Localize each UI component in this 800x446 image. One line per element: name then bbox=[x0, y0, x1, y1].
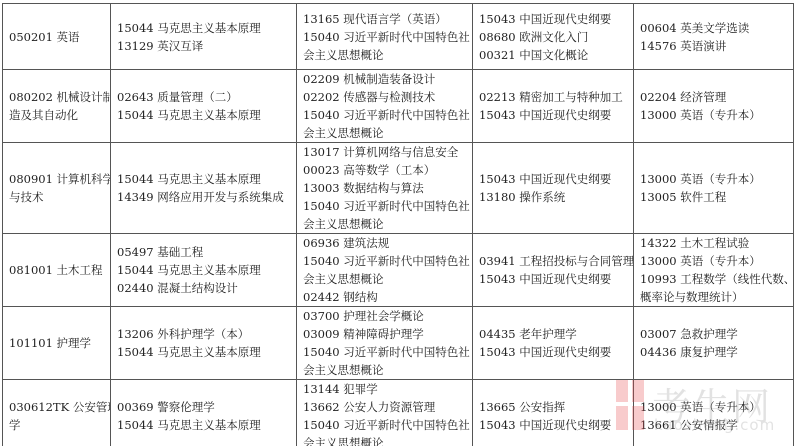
table-row: 030612TK 公安管理 学 00369 警察伦理学 15044 马克思主义基… bbox=[3, 380, 794, 446]
course-item: 13000 英语（专升本） bbox=[640, 252, 787, 270]
course-item: 02209 机械制造装备设计 bbox=[303, 70, 466, 88]
course-item: 14576 英语演讲 bbox=[640, 37, 787, 55]
course-item: 15044 马克思主义基本原理 bbox=[117, 416, 290, 434]
course-item: 13206 外科护理学（本） bbox=[117, 325, 290, 343]
course-item: 会主义思想概论 bbox=[303, 46, 466, 64]
course-cell: 02213 精密加工与特种加工 15043 中国近现代史纲要 bbox=[473, 70, 634, 143]
course-item: 13005 软件工程 bbox=[640, 188, 787, 206]
course-item: 00369 警察伦理学 bbox=[117, 398, 290, 416]
table-body: 050201 英语 15044 马克思主义基本原理 13129 英汉互译 131… bbox=[3, 4, 794, 446]
major-cell: 101101 护理学 bbox=[3, 307, 111, 380]
course-item: 15044 马克思主义基本原理 bbox=[117, 170, 290, 188]
table-row: 080901 计算机科学 与技术 15044 马克思主义基本原理 14349 网… bbox=[3, 143, 794, 234]
course-item: 15044 马克思主义基本原理 bbox=[117, 261, 290, 279]
major-name: 050201 英语 bbox=[9, 28, 104, 46]
course-item: 13165 现代语言学（英语） bbox=[303, 10, 466, 28]
course-item: 13129 英汉互译 bbox=[117, 37, 290, 55]
table-row: 081001 土木工程 05497 基础工程 15044 马克思主义基本原理 0… bbox=[3, 234, 794, 307]
course-cell: 00604 英美文学选读 14576 英语演讲 bbox=[634, 4, 794, 70]
course-cell: 05497 基础工程 15044 马克思主义基本原理 02440 混凝土结构设计 bbox=[111, 234, 297, 307]
course-cell: 03007 急救护理学 04436 康复护理学 bbox=[634, 307, 794, 380]
course-cell: 15043 中国近现代史纲要 08680 欧洲文化入门 00321 中国文化概论 bbox=[473, 4, 634, 70]
major-name: 081001 土木工程 bbox=[9, 261, 104, 279]
course-item: 15043 中国近现代史纲要 bbox=[479, 170, 627, 188]
course-item: 15044 马克思主义基本原理 bbox=[117, 343, 290, 361]
course-item: 会主义思想概论 bbox=[303, 124, 466, 142]
table-row: 080202 机械设计制 造及其自动化 02643 质量管理（二） 15044 … bbox=[3, 70, 794, 143]
course-item: 03007 急救护理学 bbox=[640, 325, 787, 343]
course-item: 15043 中国近现代史纲要 bbox=[479, 270, 627, 288]
course-item: 13000 英语（专升本） bbox=[640, 398, 787, 416]
course-item: 02643 质量管理（二） bbox=[117, 88, 290, 106]
course-cell: 15044 马克思主义基本原理 13129 英汉互译 bbox=[111, 4, 297, 70]
course-cell: 06936 建筑法规 15040 习近平新时代中国特色社 会主义思想概论 024… bbox=[297, 234, 473, 307]
course-cell: 13165 现代语言学（英语） 15040 习近平新时代中国特色社 会主义思想概… bbox=[297, 4, 473, 70]
course-cell: 13000 英语（专升本） 13005 软件工程 bbox=[634, 143, 794, 234]
major-cell: 080202 机械设计制 造及其自动化 bbox=[3, 70, 111, 143]
course-cell: 13000 英语（专升本） 13661 公安情报学 bbox=[634, 380, 794, 446]
course-cell: 03700 护理社会学概论 03009 精神障碍护理学 15040 习近平新时代… bbox=[297, 307, 473, 380]
major-name: 造及其自动化 bbox=[9, 106, 104, 124]
table-row: 050201 英语 15044 马克思主义基本原理 13129 英汉互译 131… bbox=[3, 4, 794, 70]
course-item: 04435 老年护理学 bbox=[479, 325, 627, 343]
course-item: 14322 土木工程试验 bbox=[640, 234, 787, 252]
major-cell: 081001 土木工程 bbox=[3, 234, 111, 307]
course-item: 10993 工程数学（线性代数、 bbox=[640, 270, 787, 288]
course-item: 15040 习近平新时代中国特色社 bbox=[303, 197, 466, 215]
course-item: 概率论与数理统计） bbox=[640, 288, 787, 306]
course-cell: 03941 工程招投标与合同管理 15043 中国近现代史纲要 bbox=[473, 234, 634, 307]
table-row: 101101 护理学 13206 外科护理学（本） 15044 马克思主义基本原… bbox=[3, 307, 794, 380]
course-item: 03009 精神障碍护理学 bbox=[303, 325, 466, 343]
course-cell: 13206 外科护理学（本） 15044 马克思主义基本原理 bbox=[111, 307, 297, 380]
course-item: 02442 钢结构 bbox=[303, 288, 466, 306]
course-item: 03941 工程招投标与合同管理 bbox=[479, 252, 627, 270]
course-item: 00023 高等数学（工本） bbox=[303, 161, 466, 179]
course-item: 13003 数据结构与算法 bbox=[303, 179, 466, 197]
major-name: 与技术 bbox=[9, 188, 104, 206]
course-cell: 02209 机械制造装备设计 02202 传感器与检测技术 15040 习近平新… bbox=[297, 70, 473, 143]
course-item: 13665 公安指挥 bbox=[479, 398, 627, 416]
course-item: 13017 计算机网络与信息安全 bbox=[303, 143, 466, 161]
course-item: 15044 马克思主义基本原理 bbox=[117, 106, 290, 124]
course-table-container: 050201 英语 15044 马克思主义基本原理 13129 英汉互译 131… bbox=[2, 3, 793, 446]
major-cell: 080901 计算机科学 与技术 bbox=[3, 143, 111, 234]
course-cell: 14322 土木工程试验 13000 英语（专升本） 10993 工程数学（线性… bbox=[634, 234, 794, 307]
course-item: 02440 混凝土结构设计 bbox=[117, 279, 290, 297]
course-item: 15040 习近平新时代中国特色社 bbox=[303, 252, 466, 270]
course-item: 03700 护理社会学概论 bbox=[303, 307, 466, 325]
course-item: 00604 英美文学选读 bbox=[640, 19, 787, 37]
course-cell: 02643 质量管理（二） 15044 马克思主义基本原理 bbox=[111, 70, 297, 143]
course-item: 15043 中国近现代史纲要 bbox=[479, 343, 627, 361]
course-item: 04436 康复护理学 bbox=[640, 343, 787, 361]
course-item: 15040 习近平新时代中国特色社 bbox=[303, 343, 466, 361]
course-cell: 15043 中国近现代史纲要 13180 操作系统 bbox=[473, 143, 634, 234]
course-item: 15044 马克思主义基本原理 bbox=[117, 19, 290, 37]
course-item: 会主义思想概论 bbox=[303, 215, 466, 233]
course-item: 15043 中国近现代史纲要 bbox=[479, 10, 627, 28]
course-cell: 13665 公安指挥 15043 中国近现代史纲要 bbox=[473, 380, 634, 446]
course-item: 02204 经济管理 bbox=[640, 88, 787, 106]
course-item: 15043 中国近现代史纲要 bbox=[479, 106, 627, 124]
course-cell: 15044 马克思主义基本原理 14349 网络应用开发与系统集成 bbox=[111, 143, 297, 234]
course-item: 02202 传感器与检测技术 bbox=[303, 88, 466, 106]
course-item: 13000 英语（专升本） bbox=[640, 170, 787, 188]
course-item: 13180 操作系统 bbox=[479, 188, 627, 206]
major-name: 080202 机械设计制 bbox=[9, 88, 104, 106]
course-item: 00321 中国文化概论 bbox=[479, 46, 627, 64]
course-item: 会主义思想概论 bbox=[303, 270, 466, 288]
major-name: 学 bbox=[9, 416, 104, 434]
course-item: 06936 建筑法规 bbox=[303, 234, 466, 252]
course-item: 15043 中国近现代史纲要 bbox=[479, 416, 627, 434]
course-item: 会主义思想概论 bbox=[303, 361, 466, 379]
course-item: 08680 欧洲文化入门 bbox=[479, 28, 627, 46]
course-item: 15040 习近平新时代中国特色社 bbox=[303, 28, 466, 46]
major-name: 080901 计算机科学 bbox=[9, 170, 104, 188]
course-cell: 02204 经济管理 13000 英语（专升本） bbox=[634, 70, 794, 143]
course-schedule-table: 050201 英语 15044 马克思主义基本原理 13129 英汉互译 131… bbox=[2, 3, 794, 446]
course-item: 13662 公安人力资源管理 bbox=[303, 398, 466, 416]
major-name: 101101 护理学 bbox=[9, 334, 104, 352]
course-cell: 00369 警察伦理学 15044 马克思主义基本原理 bbox=[111, 380, 297, 446]
course-cell: 13017 计算机网络与信息安全 00023 高等数学（工本） 13003 数据… bbox=[297, 143, 473, 234]
major-cell: 030612TK 公安管理 学 bbox=[3, 380, 111, 446]
course-cell: 04435 老年护理学 15043 中国近现代史纲要 bbox=[473, 307, 634, 380]
course-item: 13000 英语（专升本） bbox=[640, 106, 787, 124]
course-item: 05497 基础工程 bbox=[117, 243, 290, 261]
course-item: 15040 习近平新时代中国特色社 bbox=[303, 416, 466, 434]
course-item: 13144 犯罪学 bbox=[303, 380, 466, 398]
course-item: 15040 习近平新时代中国特色社 bbox=[303, 106, 466, 124]
major-cell: 050201 英语 bbox=[3, 4, 111, 70]
course-item: 13661 公安情报学 bbox=[640, 416, 787, 434]
course-item: 02213 精密加工与特种加工 bbox=[479, 88, 627, 106]
course-item: 14349 网络应用开发与系统集成 bbox=[117, 188, 290, 206]
major-name: 030612TK 公安管理 bbox=[9, 398, 104, 416]
course-cell: 13144 犯罪学 13662 公安人力资源管理 15040 习近平新时代中国特… bbox=[297, 380, 473, 446]
course-item: 会主义思想概论 bbox=[303, 434, 466, 446]
